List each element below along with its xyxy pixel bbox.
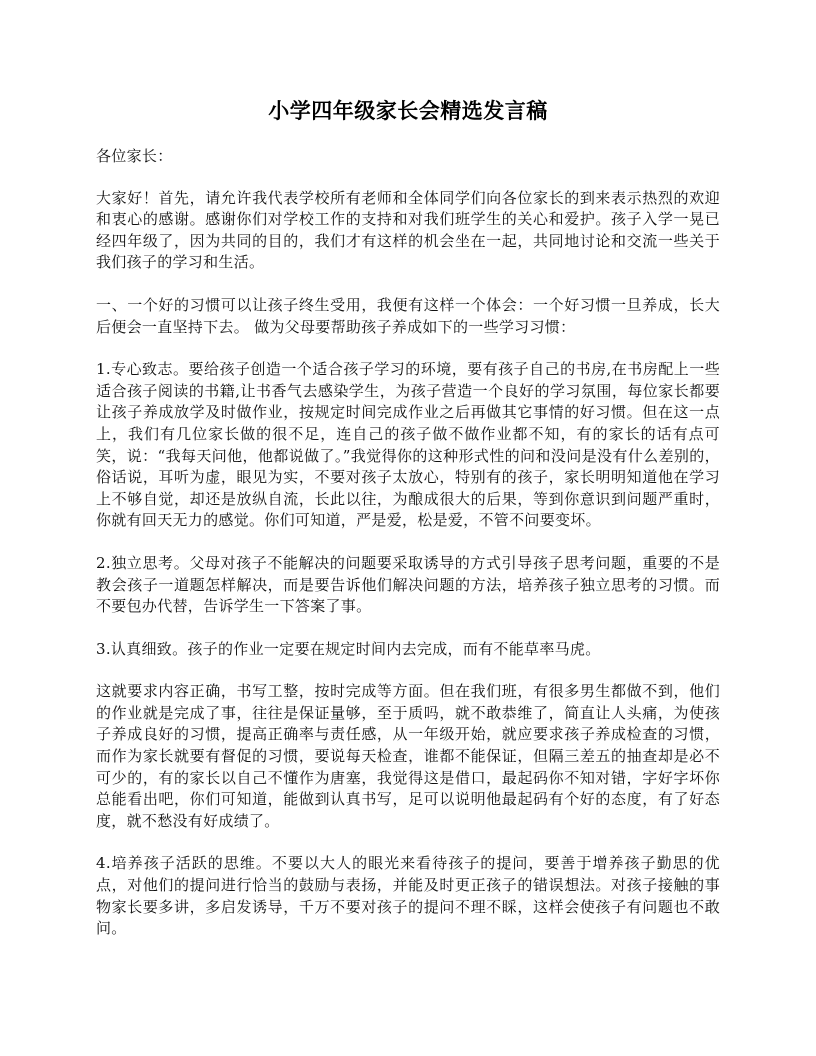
paragraph-point-2-independent-thinking: 2.独立思考。父母对孩子不能解决的问题要采取诱导的方式引导孩子思考问题，重要的不… xyxy=(96,553,720,618)
salutation: 各位家长： xyxy=(96,146,720,168)
paragraph-section-one-intro: 一、一个好的习惯可以让孩子终生受用，我便有这样一个体会：一个好习惯一旦养成，长大… xyxy=(96,295,720,338)
paragraph-point-4-active-thinking: 4.培养孩子活跃的思维。不要以大人的眼光来看待孩子的提问，要善于增养孩子勤思的优… xyxy=(96,853,720,939)
paragraph-point-3-detail: 这就要求内容正确，书写工整，按时完成等方面。但在我们班，有很多男生都做不到，他们… xyxy=(96,681,720,832)
document-title: 小学四年级家长会精选发言稿 xyxy=(96,96,720,126)
paragraph-point-3-careful: 3.认真细致。孩子的作业一定要在规定时间内去完成，而有不能草率马虎。 xyxy=(96,639,720,661)
paragraph-point-1-focus: 1.专心致志。要给孩子创造一个适合孩子学习的环境，要有孩子自己的书房,在书房配上… xyxy=(96,359,720,532)
paragraph-greeting: 大家好！首先，请允许我代表学校所有老师和全体同学们向各位家长的到来表示热烈的欢迎… xyxy=(96,188,720,274)
document-page: 小学四年级家长会精选发言稿 各位家长： 大家好！首先，请允许我代表学校所有老师和… xyxy=(96,96,720,961)
